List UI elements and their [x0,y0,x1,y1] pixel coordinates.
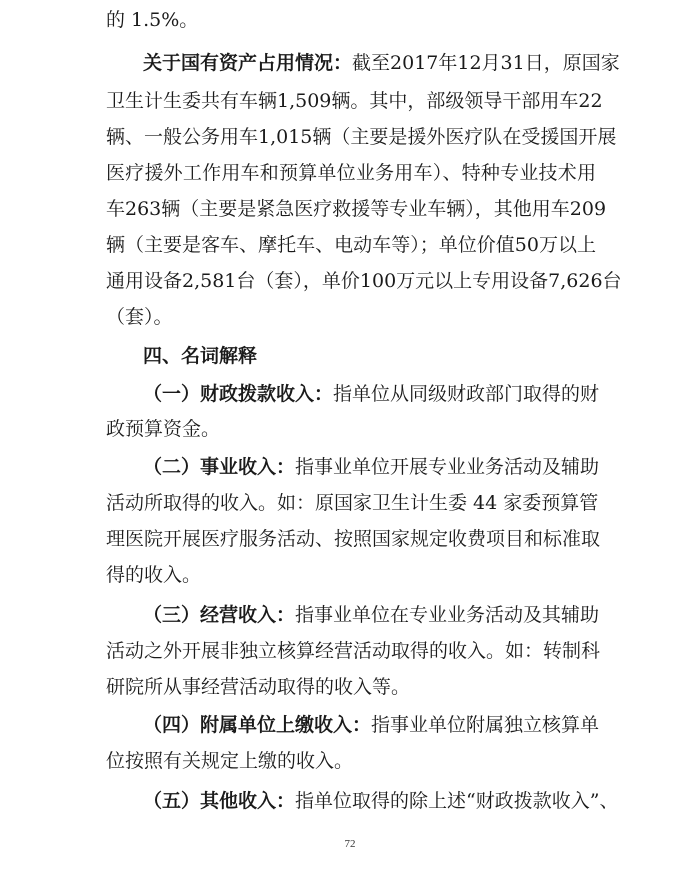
text-line: 政预算资金。 [106,414,596,444]
text-line: 通用设备2,581台（套），单价100万元以上专用设备7,626台 [106,266,596,296]
term-operating-income: （三）经营收入：指事业单位在专业业务活动及其辅助 [143,600,596,630]
term-business-income: （二）事业收入：指事业单位开展专业业务活动及辅助 [143,452,596,482]
text-line: 活动之外开展非独立核算经营活动取得的收入。如：转制科 [106,636,596,666]
paragraph-state-assets: 关于国有资产占用情况：截至2017年12月31日，原国家 [143,48,596,78]
document-page: 的 1.5%。 关于国有资产占用情况：截至2017年12月31日，原国家 卫生计… [0,0,700,880]
text-line: 辆（主要是客车、摩托车、电动车等）；单位价值50万以上 [106,230,596,260]
term-subsidiary-income: （四）附属单位上缴收入：指事业单位附属独立核算单 [143,710,596,740]
text-line: 位按照有关规定上缴的收入。 [106,746,596,776]
term-other-income: （五）其他收入：指单位取得的除上述“财政拨款收入”、 [143,786,596,816]
text-line: （套）。 [106,302,596,332]
bold-term: （二）事业收入： [143,456,295,478]
bold-term: （三）经营收入： [143,604,295,626]
text-line: 研院所从事经营活动取得的收入等。 [106,672,596,702]
text-line: 活动所取得的收入。如：原国家卫生计生委 44 家委预算管 [106,488,596,518]
bold-term: （一）财政拨款收入： [143,383,333,405]
text-line: 理医院开展医疗服务活动、按照国家规定收费项目和标准取 [106,524,596,554]
section-heading: 四、名词解释 [143,341,257,371]
text-line: 医疗援外工作用车和预算单位业务用车）、特种专业技术用 [106,158,596,188]
text-line: 的 1.5%。 [106,5,596,35]
page-number: 72 [0,838,700,850]
bold-term: （五）其他收入： [143,790,295,812]
text-line: 卫生计生委共有车辆1,509辆。其中，部级领导干部用车22 [106,86,596,116]
bold-term: （四）附属单位上缴收入： [143,714,371,736]
text-line: 得的收入。 [106,560,596,590]
bold-term: 关于国有资产占用情况： [143,52,352,74]
text-line: 辆、一般公务用车1,015辆（主要是援外医疗队在受援国开展 [106,122,596,152]
term-fiscal-appropriation: （一）财政拨款收入：指单位从同级财政部门取得的财 [143,379,596,409]
text-line: 车263辆（主要是紧急医疗救援等专业车辆），其他用车209 [106,194,596,224]
